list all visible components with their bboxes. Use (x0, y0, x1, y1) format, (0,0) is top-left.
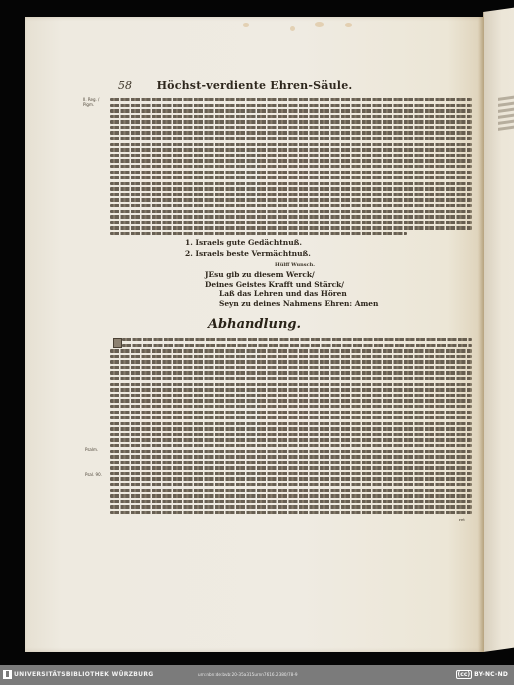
license-terms: BY-NC-ND (474, 671, 508, 678)
library-name: UNIVERSITÄTSBIBLIOTHEK WÜRZBURG (14, 671, 154, 678)
numbered-point-1: 1. Israels gute Gedächtnuß. (185, 238, 302, 247)
urn-identifier[interactable]: urn:nbn:de:bvb:20-35a315urnn7616.2380/78… (198, 672, 298, 677)
section-heading: Abhandlung. (25, 317, 484, 332)
margin-note: II. Reg. / Pigm. (83, 97, 107, 107)
prayer-verse: JEsu gib zu diesem Werck/ Deines Geistes… (205, 270, 378, 308)
running-head: 58 Höchst-verdiente Ehren-Säule. (25, 79, 484, 95)
catchword: ret (459, 517, 465, 522)
margin-note: Psalm. (85, 447, 109, 452)
viewer-footer: UNIVERSITÄTSBIBLIOTHEK WÜRZBURG urn:nbn:… (0, 665, 514, 685)
adjacent-page-edge (483, 4, 514, 652)
verse-line: Laß das Lehren und das Hören (205, 289, 378, 299)
scanned-page: 58 Höchst-verdiente Ehren-Säule. II. Reg… (25, 17, 484, 652)
body-paragraph-1 (110, 98, 472, 237)
license-badge[interactable]: (cc) BY-NC-ND (456, 670, 508, 679)
verse-line: Seyn zu deines Nahmens Ehren: Amen (205, 299, 378, 309)
byline: Hülff Wunsch. (275, 262, 315, 268)
margin-note: Psal. 90. (85, 472, 109, 477)
library-logo[interactable]: UNIVERSITÄTSBIBLIOTHEK WÜRZBURG (3, 670, 154, 679)
numbered-point-2: 2. Israels beste Vermächtnuß. (185, 249, 311, 258)
verse-line: Deines Geistes Krafft und Stärck/ (205, 280, 378, 290)
creative-commons-icon: (cc) (456, 670, 473, 679)
running-head-title: Höchst-verdiente Ehren-Säule. (25, 79, 484, 92)
verse-line: JEsu gib zu diesem Werck/ (205, 270, 378, 280)
body-paragraph-2 (110, 338, 472, 517)
library-mark-icon (3, 670, 12, 679)
page-viewer: 58 Höchst-verdiente Ehren-Säule. II. Reg… (0, 0, 514, 665)
